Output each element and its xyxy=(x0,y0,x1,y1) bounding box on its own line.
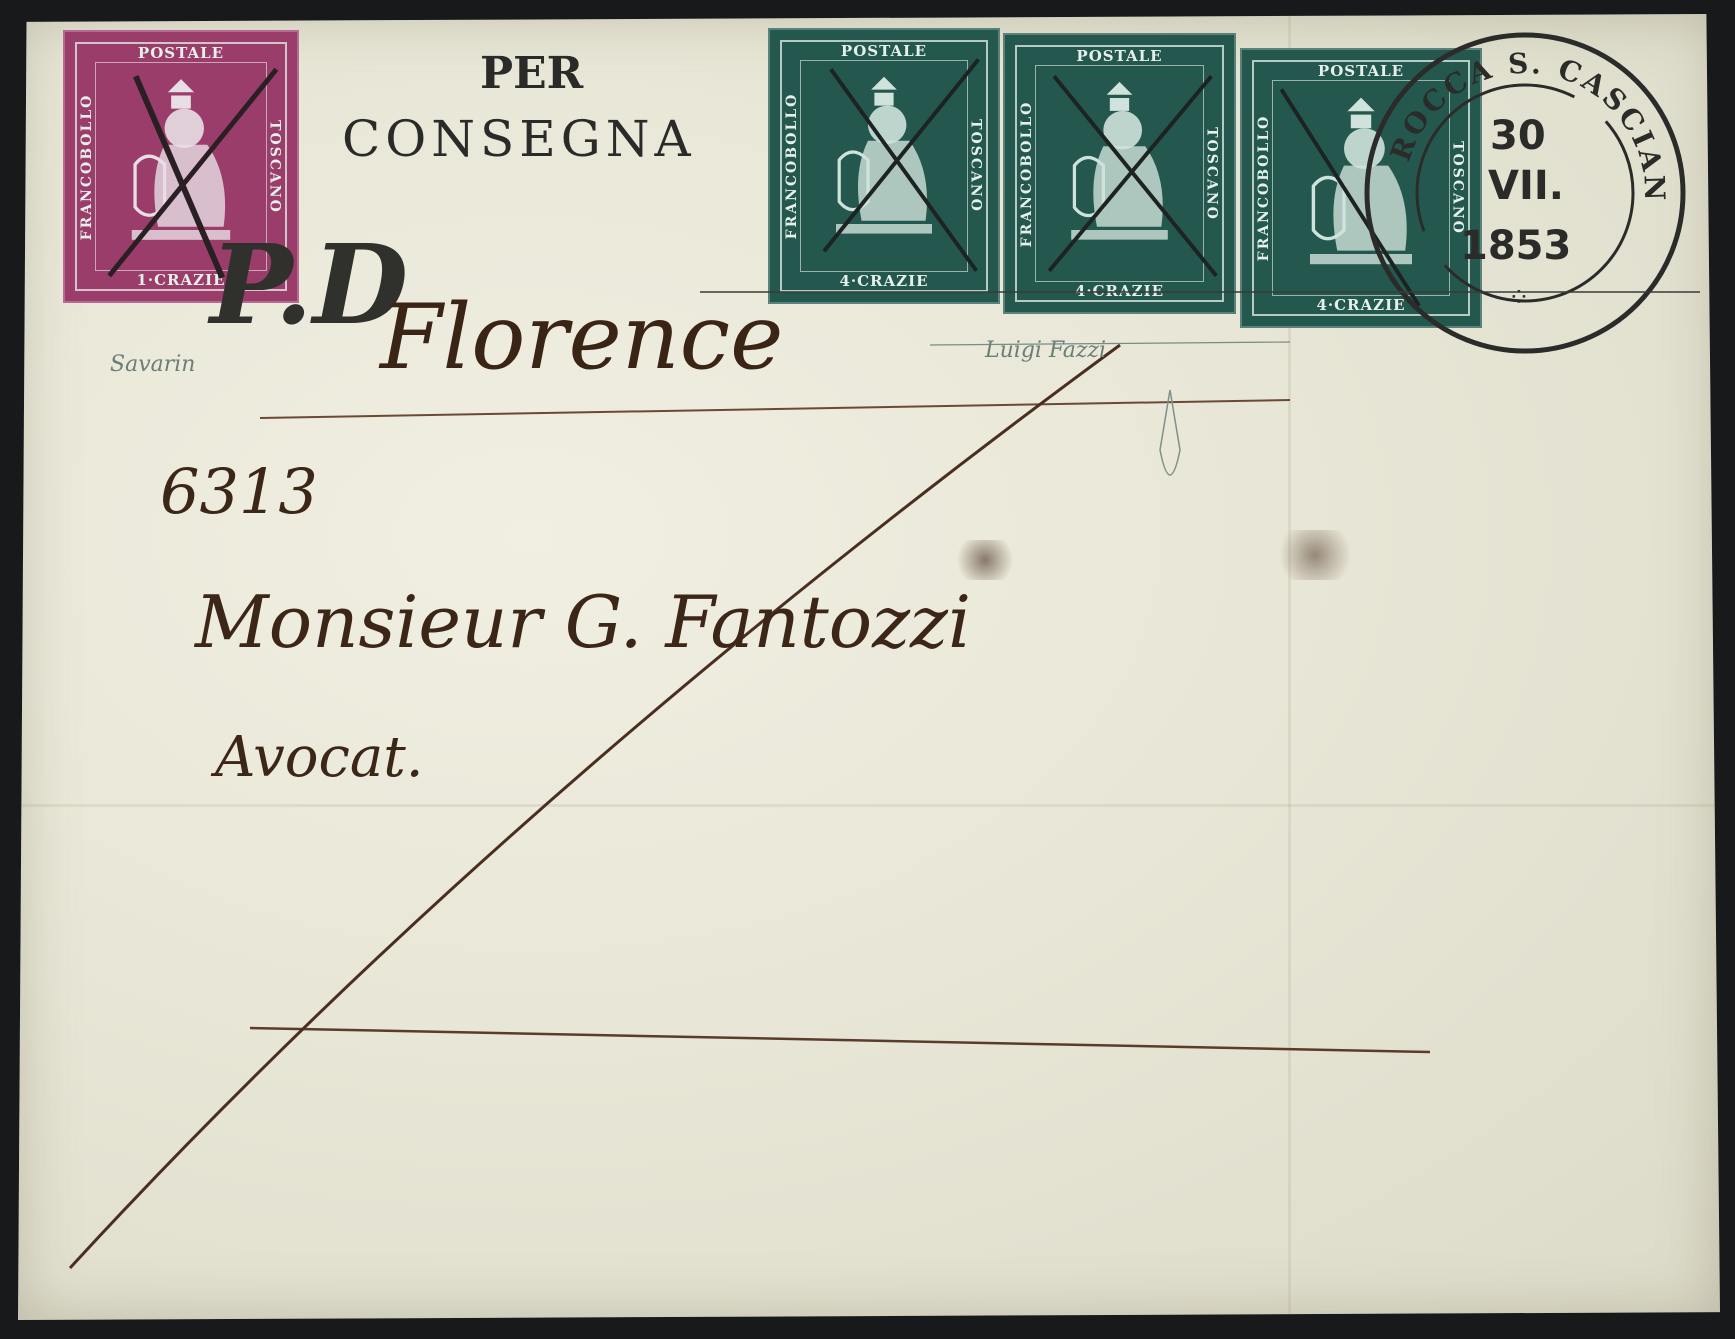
address-city: Florence xyxy=(380,285,783,390)
address-title: Avocat. xyxy=(215,725,424,790)
address-number: 6313 xyxy=(160,455,318,528)
ink-stain xyxy=(950,540,1020,580)
address-recipient: Monsieur G. Fantozzi xyxy=(195,580,971,664)
pencil-note-left: Savarin xyxy=(110,352,195,377)
pencil-note-right: Luigi Fazzi xyxy=(985,338,1106,363)
ink-stain xyxy=(1270,530,1360,580)
ink-lines xyxy=(0,0,1735,1339)
